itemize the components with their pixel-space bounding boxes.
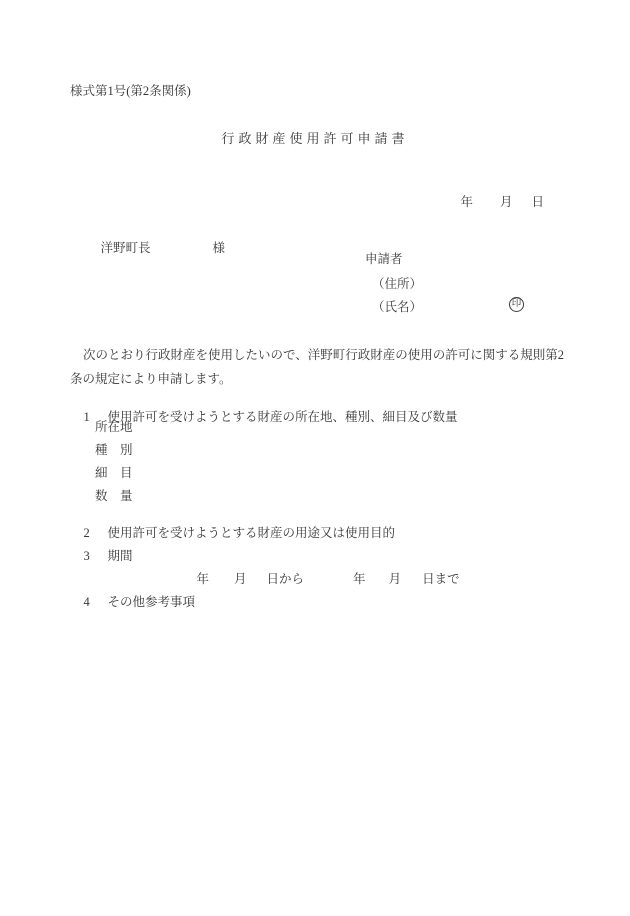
date-day-label: 日 [532,195,545,209]
seal-char: 印 [512,300,522,310]
seal-mark-icon: 印 [509,297,524,312]
period-month-to-label: 月 [389,572,402,586]
period-line: 年月日から年月日まで [184,558,460,601]
item-3-number: 3 [84,549,108,563]
body-paragraph-line2: 条の規定により申請します。 [70,372,232,386]
applicant-address-label: （住所） [372,277,422,291]
form-number-label: 様式第1号(第2条関係) [70,84,191,98]
item-1-sub-detail: 細 目 [95,466,133,480]
applicant-label: 申請者 [365,252,403,266]
item-2-text: 使用許可を受けようとする財産の用途又は使用目的 [108,526,396,540]
item-4-number: 4 [84,595,108,609]
period-year-from-label: 年 [197,572,210,586]
item-1-sub-category: 種 別 [95,443,133,457]
addressee-line: 洋野町長様 [88,227,225,270]
period-day-to-label: 日まで [422,572,460,586]
item-1-sub-location: 所在地 [95,420,133,434]
period-day-from-label: 日から [267,572,305,586]
body-paragraph-line1: 次のとおり行政財産を使用したいので、洋野町行政財産の使用の許可に関する規則第2 [83,348,564,362]
addressee-name: 洋野町長 [101,241,151,255]
item-1-text: 使用許可を受けようとする財産の所在地、種別、細目及び数量 [108,410,458,424]
item-4-text: その他参考事項 [108,595,196,609]
addressee-honorific: 様 [213,241,226,255]
list-item-4: 4その他参考事項 [71,581,195,624]
document-page: 様式第1号(第2条関係) 行政財産使用許可申請書 年月日 洋野町長様 申請者 （… [0,0,630,916]
date-line: 年月日 [448,181,544,224]
period-month-from-label: 月 [234,572,247,586]
item-3-text: 期間 [108,549,133,563]
date-year-label: 年 [461,195,474,209]
period-year-to-label: 年 [353,572,366,586]
list-item-3: 3期間 [71,535,133,578]
applicant-name-label: （氏名） [372,300,422,314]
date-month-label: 月 [500,195,513,209]
document-title: 行政財産使用許可申請書 [0,132,630,147]
item-1-sub-quantity: 数 量 [95,489,133,503]
